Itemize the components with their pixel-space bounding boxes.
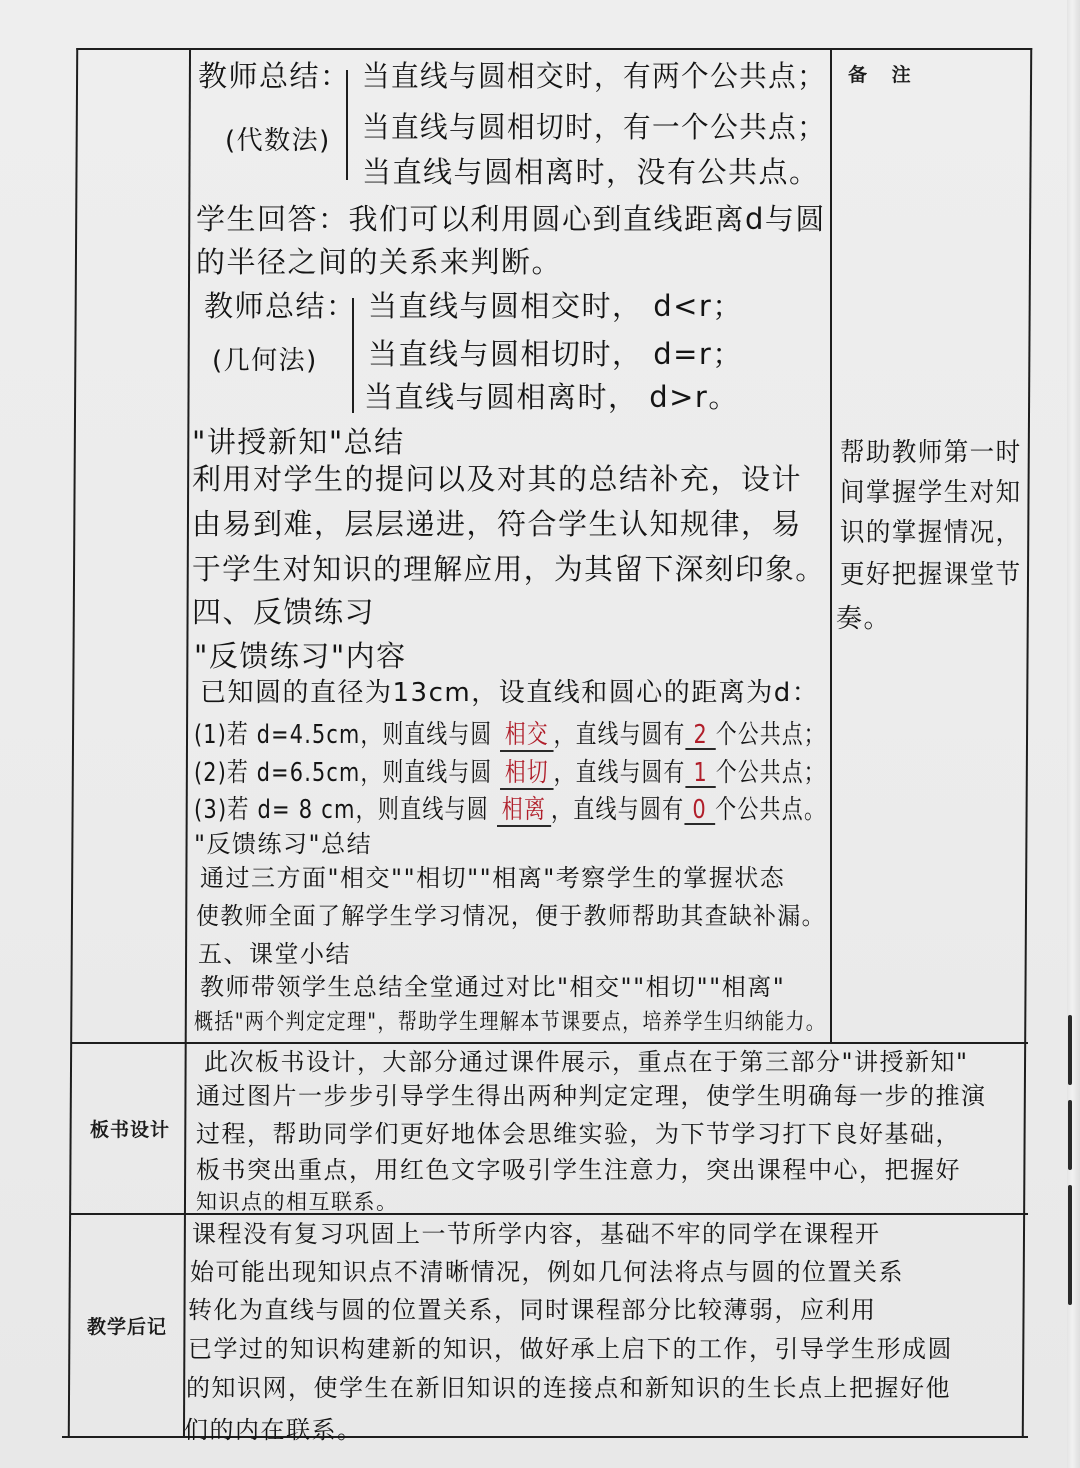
- board-design-line-1: 此次板书设计，大部分通过课件展示，重点在于第三部分"讲授新知": [204, 1050, 969, 1074]
- feedback-item-2-middle: ，直线与圆有: [554, 758, 686, 788]
- remark-header: 备 注: [848, 60, 911, 87]
- feedback-section-title: 四、反馈练习: [192, 598, 375, 627]
- feedback-item-2-count: 1: [686, 760, 716, 788]
- binding-mark: [1068, 1185, 1072, 1305]
- feedback-item-3-count: 0: [684, 797, 715, 825]
- feedback-item-1-middle: ，直线与圆有: [554, 720, 686, 750]
- remark-line-3: 识的掌握情况，: [840, 520, 1022, 546]
- feedback-item-1-prefix: (1)若 d=4.5cm，则直线与圆: [194, 720, 492, 750]
- feedback-item-2-prefix: (2)若 d=6.5cm，则直线与圆: [194, 758, 492, 788]
- class-summary-title: 五、课堂小结: [198, 942, 351, 966]
- class-summary-line-1: 教师带领学生总结全堂通过对比"相交""相切""相离": [200, 975, 785, 999]
- feedback-item-3-prefix: (3)若 d= 8 cm，则直线与圆: [194, 795, 489, 825]
- new-knowledge-line-1: 利用对学生的提问以及对其的总结补充，设计: [192, 465, 802, 494]
- reflection-line-3: 转化为直线与圆的位置关系，同时课程部分比较薄弱，应利用: [188, 1298, 877, 1322]
- feedback-item-1-relation: 相交: [500, 720, 554, 752]
- new-knowledge-summary-title: "讲授新知"总结: [192, 428, 405, 457]
- board-design-line-2: 通过图片一步步引导学生得出两种判定定理，使学生明确每一步的推演: [196, 1084, 987, 1108]
- algebra-summary-prefix: 教师总结：: [198, 62, 351, 91]
- feedback-item-1-count: 2: [686, 722, 716, 750]
- feedback-item-1-suffix: 个公共点；: [716, 720, 826, 750]
- remark-line-2: 间掌握学生对知: [840, 480, 1022, 506]
- geometry-line-1: 当直线与圆相交时， d<r；: [368, 292, 743, 321]
- reflection-line-5: 的知识网，使学生在新旧知识的连接点和新知识的生长点上把握好他: [186, 1376, 951, 1400]
- feedback-item-3: (3)若 d= 8 cm，则直线与圆 相离，直线与圆有0个公共点。: [194, 797, 826, 825]
- remark-line-4: 更好把握课堂节: [840, 562, 1022, 588]
- new-knowledge-line-3: 于学生对知识的理解应用，为其留下深刻印象。: [192, 555, 825, 584]
- algebra-line-1: 当直线与圆相交时，有两个公共点；: [362, 62, 826, 91]
- reflection-line-2: 始可能出现知识点不清晰情况，例如几何法将点与圆的位置关系: [190, 1260, 904, 1284]
- geometry-line-3: 当直线与圆相离时， d>r。: [364, 383, 739, 412]
- row-divider-board-design: [72, 1042, 1028, 1044]
- feedback-item-3-relation: 相离: [497, 795, 551, 827]
- board-design-line-4: 板书突出重点，用红色文字吸引学生注意力，突出课程中心，把握好: [196, 1158, 961, 1182]
- feedback-summary-line-2: 使教师全面了解学生学习情况，便于教师帮助其查缺补漏。: [196, 904, 826, 928]
- binding-mark: [1068, 1015, 1072, 1085]
- class-summary-line-2: 概括"两个判定定理"，帮助学生理解本节课要点，培养学生归纳能力。: [194, 1012, 826, 1034]
- remark-line-5: 奏。: [836, 606, 891, 632]
- algebra-method-label: (代数法): [225, 128, 331, 154]
- binding-mark: [1068, 1100, 1072, 1170]
- label-teaching-reflection: 教学后记: [68, 1215, 186, 1435]
- remark-column-divider: [830, 50, 832, 1043]
- feedback-item-3-middle: ，直线与圆有: [551, 795, 684, 825]
- new-knowledge-line-2: 由易到难，层层递进，符合学生认知规律，易: [192, 510, 802, 539]
- geometry-summary-prefix: 教师总结：: [204, 292, 357, 321]
- feedback-summary-line-1: 通过三方面"相交""相切""相离"考察学生的掌握状态: [200, 866, 785, 890]
- geometry-method-label: (几何法): [212, 348, 318, 374]
- algebra-summary-brace: [346, 70, 358, 180]
- label-board-design: 板书设计: [74, 1044, 186, 1212]
- geometry-line-2: 当直线与圆相切时， d=r；: [368, 340, 743, 369]
- board-design-line-3: 过程，帮助同学们更好地体会思维实验，为下节学习打下良好基础，: [196, 1122, 961, 1146]
- student-answer-line-1: 学生回答：我们可以利用圆心到直线距离d与圆: [196, 205, 826, 234]
- feedback-item-1: (1)若 d=4.5cm，则直线与圆 相交，直线与圆有2个公共点；: [194, 722, 826, 750]
- feedback-summary-title: "反馈练习"总结: [194, 832, 372, 856]
- feedback-problem: 已知圆的直径为13cm，设直线和圆心的距离为d：: [200, 680, 819, 706]
- algebra-line-2: 当直线与圆相切时，有一个公共点；: [362, 113, 826, 142]
- reflection-line-4: 已学过的知识构建新的知识，做好承上启下的工作，引导学生形成圆: [188, 1337, 953, 1361]
- board-design-line-5: 知识点的相互联系。: [196, 1192, 399, 1213]
- feedback-item-2-relation: 相切: [500, 758, 554, 790]
- geometry-summary-brace: [352, 298, 364, 413]
- algebra-line-3: 当直线与圆相离时，没有公共点。: [362, 158, 820, 187]
- student-answer-line-2: 的半径之间的关系来判断。: [196, 248, 562, 277]
- feedback-content-title: "反馈练习"内容: [194, 642, 407, 671]
- remark-line-1: 帮助教师第一时: [840, 440, 1022, 466]
- reflection-line-6: 们的内在联系。: [184, 1418, 363, 1442]
- reflection-line-1: 课程没有复习巩固上一节所学内容，基础不牢的同学在课程开: [192, 1222, 881, 1246]
- feedback-item-2-suffix: 个公共点；: [716, 758, 826, 788]
- feedback-item-2: (2)若 d=6.5cm，则直线与圆 相切，直线与圆有1个公共点；: [194, 760, 826, 788]
- feedback-item-3-suffix: 个公共点。: [715, 795, 826, 825]
